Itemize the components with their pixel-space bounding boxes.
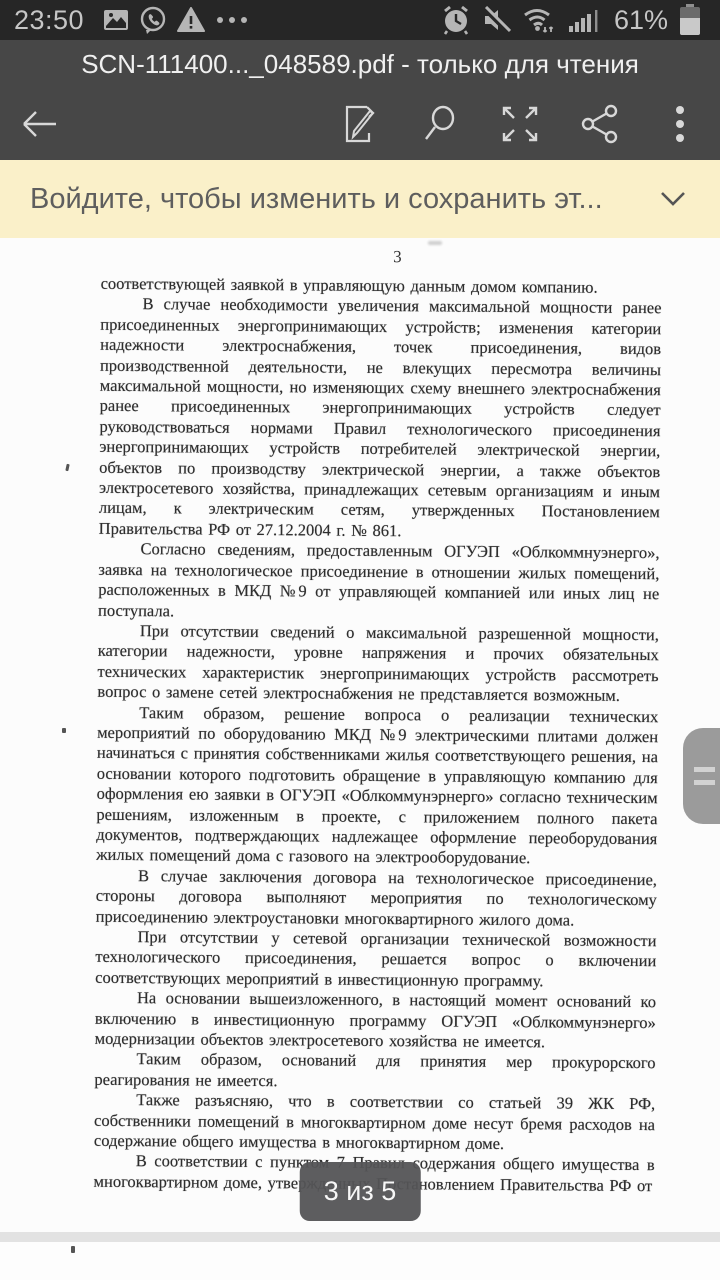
title-bar: SCN-111400..._048589.pdf - только для чт… <box>0 40 720 88</box>
warning-icon <box>177 7 205 33</box>
paragraph: Согласно сведениям, предоставленным ОГУЭ… <box>98 539 660 625</box>
scan-speck <box>71 1246 75 1253</box>
back-icon <box>20 107 60 141</box>
scan-speck <box>62 728 66 733</box>
search-icon <box>420 104 460 144</box>
document-title: SCN-111400..._048589.pdf - только для чт… <box>81 49 639 80</box>
chevron-down-icon[interactable] <box>658 189 688 209</box>
paragraph: При отсутствии сведений о максимальной р… <box>97 621 659 707</box>
pdf-viewer-screen: 23:50 61% SCN-111400..._ <box>0 0 720 1280</box>
pdf-page-3[interactable]: 3 соответствующей заявкой в управляющую … <box>0 238 720 1232</box>
overflow-menu-icon <box>675 105 685 143</box>
viber-icon <box>139 6 167 34</box>
scroll-handle-grip <box>694 767 715 772</box>
battery-icon <box>679 4 701 36</box>
paragraph: Таким образом, решение вопроса о реализа… <box>96 702 658 870</box>
document-text: соответствующей заявкой в управляющую да… <box>94 274 662 1197</box>
page-number: 3 <box>117 245 678 269</box>
scan-smudge <box>428 241 442 245</box>
scroll-handle-grip <box>694 780 715 785</box>
page-separator <box>0 1232 720 1242</box>
fullscreen-icon <box>500 104 540 144</box>
more-notifications-icon <box>215 15 249 25</box>
fast-scroll-handle[interactable] <box>683 728 720 824</box>
paragraph: При отсутствии у сетевой организации тех… <box>95 927 656 993</box>
document-viewport[interactable]: 3 соответствующей заявкой в управляющую … <box>0 238 720 1280</box>
alarm-icon <box>441 5 471 35</box>
back-button[interactable] <box>0 88 80 160</box>
fullscreen-button[interactable] <box>480 88 560 160</box>
page-indicator-badge: 3 из 5 <box>300 1162 421 1221</box>
edit-icon <box>339 103 381 145</box>
paragraph: В случае заключения договора на технолог… <box>96 866 657 932</box>
paragraph: На основании вышеизложенного, в настоящи… <box>95 988 656 1054</box>
toolbar <box>0 88 720 160</box>
share-icon <box>581 104 619 144</box>
mute-icon <box>481 6 511 34</box>
paragraph: Также разъясняю, что в соответствии со с… <box>94 1090 655 1156</box>
search-button[interactable] <box>400 88 480 160</box>
paragraph: Таким образом, оснований для принятия ме… <box>94 1049 655 1094</box>
gallery-icon <box>103 7 129 33</box>
edit-button[interactable] <box>320 88 400 160</box>
share-button[interactable] <box>560 88 640 160</box>
pdf-page-4-edge <box>0 1242 720 1280</box>
overflow-menu-button[interactable] <box>640 88 720 160</box>
clock-text: 23:50 <box>14 5 84 36</box>
battery-percent-text: 61% <box>614 5 668 36</box>
signal-icon <box>567 6 601 34</box>
status-bar: 23:50 61% <box>0 0 720 40</box>
paragraph: В случае необходимости увеличения максим… <box>99 294 662 543</box>
signin-banner-text: Войдите, чтобы изменить и сохранить эт..… <box>30 183 658 216</box>
signin-banner[interactable]: Войдите, чтобы изменить и сохранить эт..… <box>0 160 720 238</box>
wifi-icon <box>521 5 557 35</box>
